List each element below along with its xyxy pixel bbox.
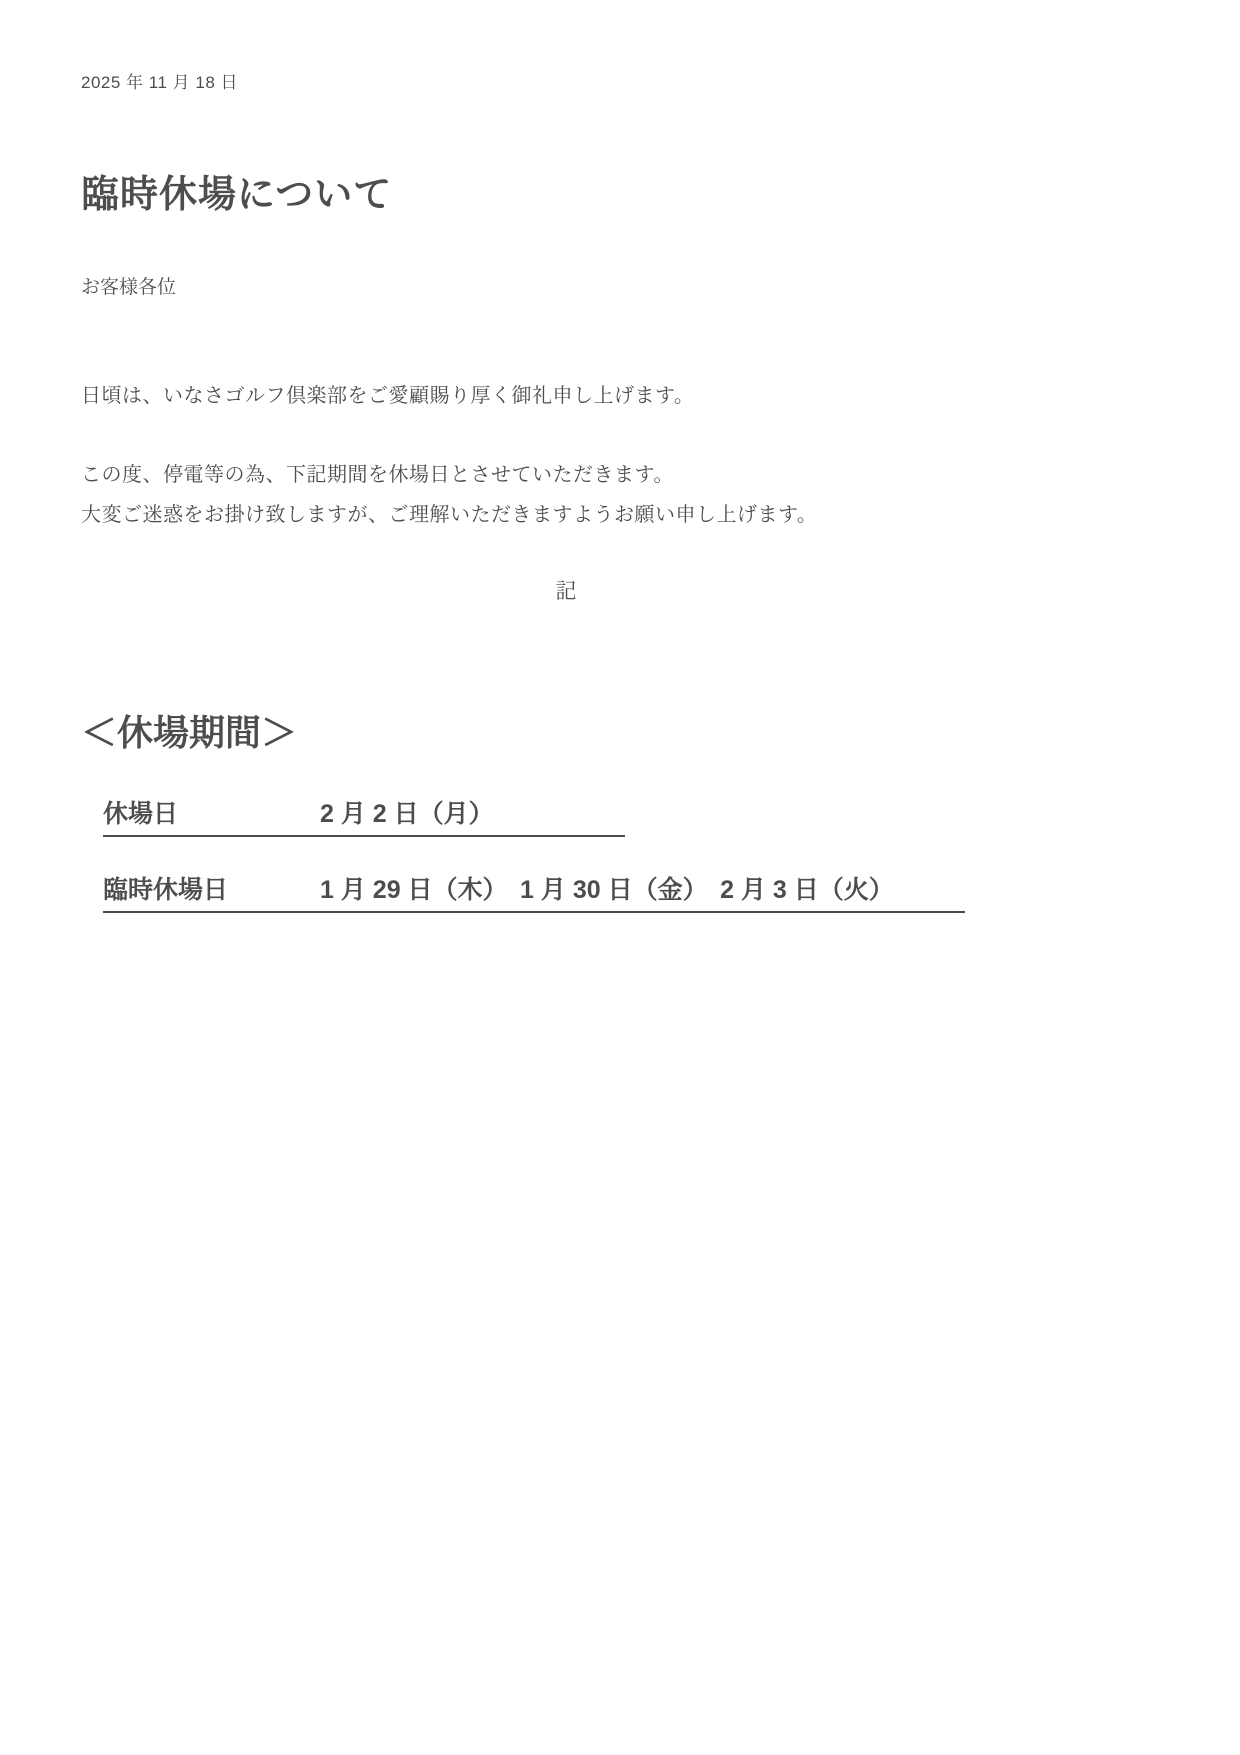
- body-line-apology: 大変ご迷惑をお掛け致しますが、ご理解いただきますようお願い申し上げます。: [81, 502, 1051, 528]
- closure-period-heading: ＜休場期間＞: [81, 710, 1051, 756]
- page-title: 臨時休場について: [81, 172, 1051, 218]
- record-marker: 記: [81, 578, 1051, 605]
- body-line-closure-notice: この度、停電等の為、下記期間を休場日とさせていただきます。: [81, 462, 1051, 488]
- closure-schedule: 休場日2 月 2 日（月） 臨時休場日1 月 29 日（木） 1 月 30 日（…: [103, 798, 1051, 913]
- closed-day-label: 休場日: [103, 798, 320, 830]
- salutation-text: お客様各位: [81, 276, 1051, 300]
- schedule-row-temporary-closed-days: 臨時休場日1 月 29 日（木） 1 月 30 日（金） 2 月 3 日（火）: [103, 874, 965, 913]
- temporary-closed-days-label: 臨時休場日: [103, 874, 320, 906]
- schedule-row-closed-day: 休場日2 月 2 日（月）: [103, 798, 625, 837]
- document-content: 2025 年 11 月 18 日 臨時休場について お客様各位 日頃は、いなさゴ…: [81, 0, 1051, 913]
- document-date: 2025 年 11 月 18 日: [81, 72, 1051, 94]
- greeting-paragraph: 日頃は、いなさゴルフ倶楽部をご愛顧賜り厚く御礼申し上げます。: [81, 383, 1051, 409]
- temporary-closed-days-value: 1 月 29 日（木） 1 月 30 日（金） 2 月 3 日（火）: [320, 876, 894, 904]
- body-paragraph: この度、停電等の為、下記期間を休場日とさせていただきます。 大変ご迷惑をお掛け致…: [81, 462, 1051, 528]
- notice-document-page: 2025 年 11 月 18 日 臨時休場について お客様各位 日頃は、いなさゴ…: [0, 0, 1240, 1755]
- closed-day-value: 2 月 2 日（月）: [320, 800, 494, 828]
